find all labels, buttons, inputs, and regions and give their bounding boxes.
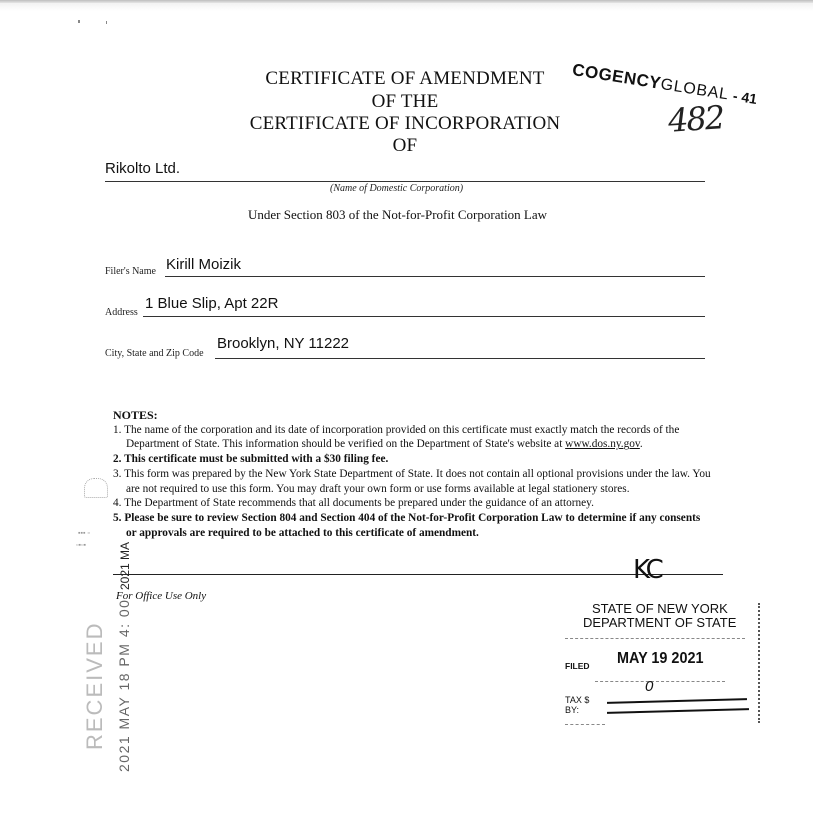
handwritten-initials: KC bbox=[633, 555, 661, 585]
address-rule bbox=[143, 316, 705, 317]
stamp-border-edge bbox=[758, 603, 760, 723]
dos-website-link[interactable]: www.dos.ny.gov bbox=[565, 438, 640, 450]
note-item-3: 3. This form was prepared by the New Yor… bbox=[113, 467, 713, 496]
by-line bbox=[607, 708, 749, 714]
scan-speck bbox=[106, 21, 107, 24]
note-text: The Department of State recommends that … bbox=[124, 497, 594, 509]
by-label: BY: bbox=[565, 705, 589, 715]
note-number: 2. bbox=[113, 453, 121, 465]
nys-filing-stamp: STATE OF NEW YORK DEPARTMENT OF STATE FI… bbox=[565, 598, 760, 728]
note-text: Please be sure to review Section 804 and… bbox=[124, 512, 700, 539]
cogency-brand: COGENCY bbox=[571, 60, 662, 93]
office-use-rule bbox=[113, 574, 723, 575]
cogency-global-stamp: COGENCYGLOBAL - 41 bbox=[571, 60, 759, 109]
corporation-name-caption: (Name of Domestic Corporation) bbox=[330, 183, 463, 194]
nys-stamp-line1: STATE OF NEW YORK bbox=[592, 601, 728, 616]
nys-stamp-line2: DEPARTMENT OF STATE bbox=[583, 615, 736, 630]
side-date-stamp: 2021 MA bbox=[118, 542, 132, 590]
filer-name-rule bbox=[165, 276, 705, 277]
faint-stamp-text: ▫▪▫▪ bbox=[76, 542, 86, 549]
viewer-top-shadow bbox=[0, 3, 813, 11]
note-number: 1. bbox=[113, 424, 121, 436]
filed-label: FILED bbox=[565, 661, 590, 671]
title-line-2: OF THE bbox=[240, 91, 570, 113]
faint-seal-mark bbox=[84, 478, 108, 498]
tax-label: TAX $ bbox=[565, 695, 589, 705]
tax-amount-handwritten: 0 bbox=[645, 678, 653, 695]
note-number: 3. bbox=[113, 468, 121, 480]
filer-name-value: Kirill Moizik bbox=[166, 256, 241, 273]
city-state-zip-value: Brooklyn, NY 11222 bbox=[217, 335, 349, 352]
tax-line bbox=[607, 698, 747, 704]
notes-heading: NOTES: bbox=[113, 408, 713, 423]
note-item-1: 1. The name of the corporation and its d… bbox=[113, 423, 713, 452]
note-text: This form was prepared by the New York S… bbox=[124, 468, 711, 495]
filed-date: MAY 19 2021 bbox=[617, 650, 703, 668]
cogency-number: - 41 bbox=[732, 87, 758, 107]
city-state-zip-label: City, State and Zip Code bbox=[105, 348, 204, 359]
corporation-name: Rikolto Ltd. bbox=[105, 160, 180, 177]
stamp-dash bbox=[565, 724, 605, 725]
stamp-dash bbox=[595, 681, 725, 682]
received-datetime: 2021 MAY 18 PM 4: 00 bbox=[116, 599, 132, 772]
corporation-name-rule bbox=[105, 181, 705, 182]
section-reference: Under Section 803 of the Not-for-Profit … bbox=[248, 207, 547, 223]
received-label: RECEIVED bbox=[82, 622, 108, 750]
filer-name-label: Filer's Name bbox=[105, 266, 156, 277]
faint-stamp-text: ▪▪▪ ▫ bbox=[78, 530, 90, 537]
note-text: This certificate must be submitted with … bbox=[124, 453, 388, 465]
note-number: 5. bbox=[113, 512, 121, 524]
note-item-4: 4. The Department of State recommends th… bbox=[113, 496, 713, 511]
note-number: 4. bbox=[113, 497, 121, 509]
title-line-4: OF bbox=[240, 135, 570, 157]
title-line-1: CERTIFICATE OF AMENDMENT bbox=[240, 68, 570, 90]
handwritten-number: 482 bbox=[667, 98, 725, 140]
note-item-2: 2. This certificate must be submitted wi… bbox=[113, 452, 713, 467]
city-state-zip-rule bbox=[215, 358, 705, 359]
title-line-3: CERTIFICATE OF INCORPORATION bbox=[240, 113, 570, 135]
stamp-dash bbox=[565, 638, 745, 639]
note-text-end: . bbox=[640, 438, 643, 450]
tax-by-labels: TAX $ BY: bbox=[565, 695, 589, 715]
notes-section: NOTES: 1. The name of the corporation an… bbox=[113, 408, 713, 540]
address-label: Address bbox=[105, 307, 138, 318]
address-value: 1 Blue Slip, Apt 22R bbox=[145, 295, 278, 312]
scan-speck bbox=[78, 20, 80, 23]
note-item-5: 5. Please be sure to review Section 804 … bbox=[113, 511, 713, 540]
